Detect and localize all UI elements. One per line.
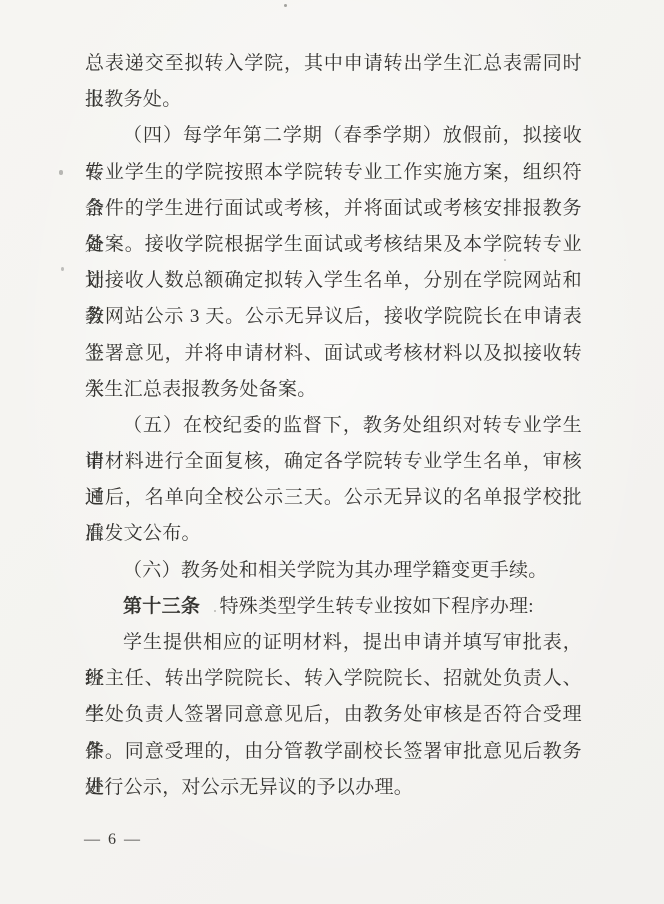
scan-speck <box>214 610 216 612</box>
scan-speck <box>284 4 287 7</box>
text-line: 专业学生的学院按照本学院转专业工作实施方案，组织符合 <box>85 155 582 191</box>
scanned-document-page: 总表递交至拟转入学院，其中申请转出学生汇总表需同时上报教务处。（四）每学年第二学… <box>0 0 664 904</box>
text-line: 请材料进行全面复核，确定各学院转专业学生名单，审核通 <box>85 444 582 480</box>
scan-speck <box>504 259 506 261</box>
text-run: 特殊类型学生转专业按如下程序办理: <box>200 596 534 617</box>
text-line: 报教务处。 <box>85 82 582 118</box>
text-line: 班主任、转出学院院长、转入学院院长、招就处负责人、学 <box>85 661 582 697</box>
text-line: 务网站公示 3 天。公示无异议后，接收学院院长在申请表上 <box>85 299 582 335</box>
text-line: 进行公示，对公示无异议的予以办理。 <box>85 770 582 806</box>
text-line: 后发文公布。 <box>85 516 582 552</box>
text-line: 签署意见，并将申请材料、面试或考核材料以及拟接收转入 <box>85 336 582 372</box>
text-line: （五）在校纪委的监督下，教务处组织对转专业学生申 <box>85 408 582 444</box>
text-line: 第十三条 特殊类型学生转专业按如下程序办理: <box>85 589 582 625</box>
text-line: 过后，名单向全校公示三天。公示无异议的名单报学校批准 <box>85 480 582 516</box>
text-line: 生处负责人签署同意意见后，由教务处审核是否符合受理条 <box>85 697 582 733</box>
text-line: 划接收人数总额确定拟转入学生名单，分别在学院网站和教 <box>85 263 582 299</box>
document-body: 总表递交至拟转入学院，其中申请转出学生汇总表需同时上报教务处。（四）每学年第二学… <box>85 46 582 806</box>
bold-run: 第十三条 <box>123 596 200 617</box>
text-line: （六）教务处和相关学院为其办理学籍变更手续。 <box>85 553 582 589</box>
text-line: （四）每学年第二学期（春季学期）放假前，拟接收转 <box>85 118 582 154</box>
text-line: 学生提供相应的证明材料，提出申请并填写审批表，经 <box>85 625 582 661</box>
text-line: 条件的学生进行面试或考核，并将面试或考核安排报教务处 <box>85 191 582 227</box>
scan-speck <box>61 267 64 271</box>
text-line: 备案。接收学院根据学生面试或考核结果及本学院转专业计 <box>85 227 582 263</box>
scan-speck <box>59 170 63 175</box>
text-line: 学生汇总表报教务处备案。 <box>85 372 582 408</box>
text-line: 件。同意受理的，由分管教学副校长签署审批意见后教务处 <box>85 734 582 770</box>
text-line: 总表递交至拟转入学院，其中申请转出学生汇总表需同时上 <box>85 46 582 82</box>
page-number: — 6 — <box>84 831 142 849</box>
